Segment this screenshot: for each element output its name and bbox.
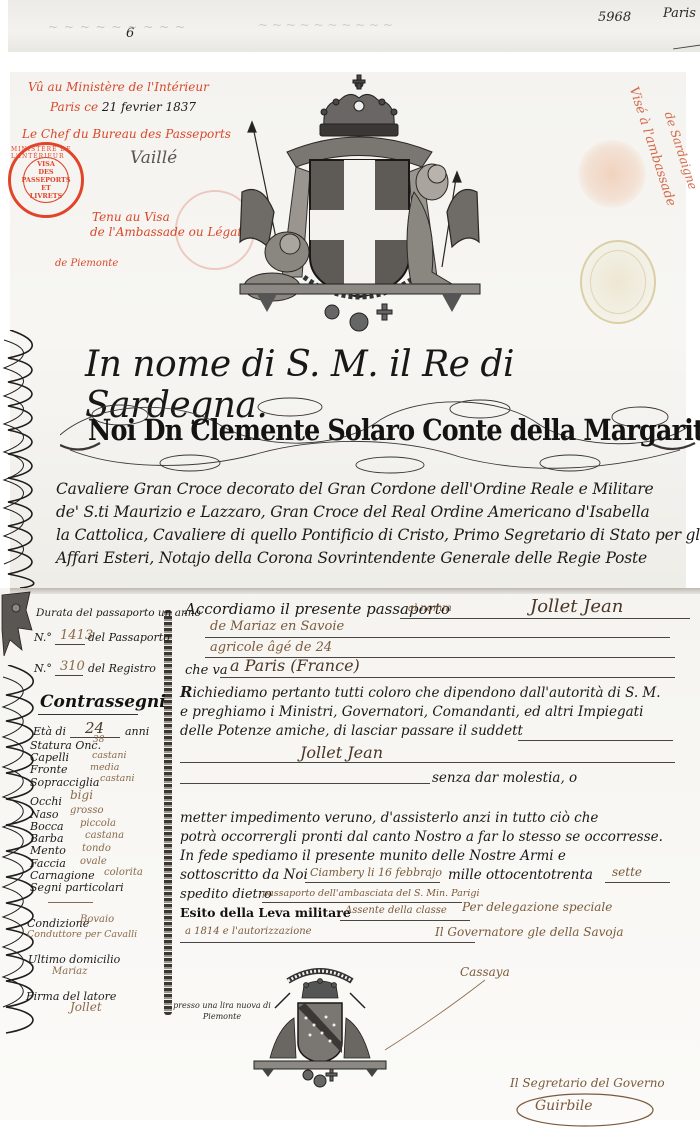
destination-label: che va (185, 663, 228, 678)
title-line: de' S.ti Maurizio e Lazzaro, Gran Croce … (56, 501, 656, 524)
spedito-fill: passaporto dell'ambasciata del S. Min. P… (262, 888, 480, 899)
title-line: la Cattolica, Cavaliere di quello Pontif… (56, 524, 656, 547)
passport-number-label: del Passaporto (88, 631, 170, 644)
bleed-through-text: ~ ~ ~ ~ ~ ~ ~ ~ ~ (48, 20, 186, 34)
eyes-label: Occhi (30, 795, 62, 808)
richiediamo-word: R (180, 683, 192, 701)
issuer-name: Noi Dn Clemente Solaro Conte della Marga… (88, 413, 700, 447)
corner-stroke (673, 44, 700, 50)
spedito-label: spedito dietro (180, 887, 272, 902)
forehead-label: Fronte (30, 763, 68, 776)
occupation-fill: agricole âgé de 24 (210, 640, 332, 655)
military-service-fill: Assente della classe (345, 905, 447, 916)
signature-flourish (380, 975, 490, 1055)
domicile-value: Mariaz (52, 966, 87, 977)
passport-number-prefix: N.° (34, 631, 52, 644)
face-value: ovale (80, 856, 107, 867)
fill-line (400, 618, 690, 619)
folded-back-strip: ~ ~ ~ ~ ~ ~ ~ ~ ~ ~ ~ ~ ~ ~ ~ ~ ~ ~ ~ 6 … (8, 0, 700, 52)
fill-line (605, 882, 670, 883)
fill-line (55, 675, 83, 676)
title-rule (38, 714, 138, 715)
fill-line (55, 644, 85, 645)
bearer-signature: Jollet (70, 1000, 102, 1014)
senza-text: senza dar molestia, o (432, 770, 577, 786)
flourish-stroke (48, 902, 93, 903)
mouth-value: piccola (80, 818, 116, 829)
register-number-prefix: N.° (34, 662, 52, 675)
complexion-value: colorita (104, 867, 143, 878)
visa-ministry-line: Vû au Ministère de l'Intérieur (28, 80, 209, 94)
fill-line (180, 783, 430, 784)
hair-value: castani (92, 750, 127, 761)
title-line: Cavaliere Gran Croce decorato del Gran C… (56, 478, 656, 501)
military-service-label: Esito della Leva militare (180, 905, 351, 920)
calligraphic-border (0, 330, 44, 588)
solaro-coat-of-arms (250, 963, 390, 1095)
visa-stamp: MINISTÈRE DE L'INTÉRIEUR VISA DES PASSEP… (8, 142, 84, 218)
fill-line (180, 942, 475, 943)
coat-of-arms-icon (232, 72, 487, 334)
mettere-line1: metter impedimento veruno, d'assisterlo … (180, 810, 598, 826)
register-number-label: del Registro (88, 662, 156, 675)
request-line3: delle Potenze amiche, di lasciar passare… (180, 723, 523, 739)
visa-place: Paris ce (50, 100, 98, 114)
chain-divider (164, 610, 172, 1015)
bearer-name: Jollet Jean (530, 596, 623, 617)
chin-value: tondo (82, 843, 111, 854)
description-title: Contrassegni (40, 692, 166, 712)
age-suffix: anni (125, 725, 149, 738)
corner-note: Paris (663, 6, 696, 21)
beard-value: castana (85, 830, 124, 841)
fede-line1: In fede spediamo il presente munito dell… (180, 848, 566, 864)
visa-date-line: Paris ce 21 fevrier 1837 (50, 100, 196, 114)
condition-value-2: Conduttore per Cavalli (27, 929, 137, 940)
fill-line (220, 677, 675, 678)
issuer-titles: Cavaliere Gran Croce decorato del Gran C… (56, 478, 656, 570)
issue-year-fill: sette (612, 865, 642, 879)
height-value: 38 (93, 735, 104, 745)
issue-year-text: mille ottocentotrenta (448, 867, 593, 883)
secretary-title: Il Segretario del Governo (510, 1076, 665, 1090)
eyebrows-value: castani (100, 773, 135, 784)
visa-note-line3: de Piemonte (55, 258, 118, 269)
fill-line (180, 762, 675, 763)
paper-fold (10, 588, 700, 594)
issuer-banner: Noi Dn Clemente Solaro Conte della Marga… (60, 395, 700, 475)
request-line2: e preghiamo i Ministri, Governatori, Com… (180, 704, 643, 720)
duration-label: Durata del passaporto un anno (36, 607, 201, 619)
register-number-value: 310 (60, 659, 85, 674)
bleed-through-text: ~ ~ ~ ~ ~ ~ ~ ~ ~ ~ (258, 18, 393, 32)
origin-fill: de Mariaz en Savoie (210, 619, 344, 634)
mettere-line2: potrà occorrergli pronti dal canto Nostr… (180, 829, 663, 845)
age-label: Età di (33, 725, 66, 738)
accordiamo-fill: al nomm (408, 603, 452, 614)
fill-line (262, 902, 462, 903)
eagle-ornament (0, 590, 34, 668)
flourish-icon (0, 330, 44, 588)
delegation-note: Per delegazione speciale (462, 900, 612, 914)
bearer-name-repeat: Jollet Jean (300, 743, 383, 762)
embossed-gold-seal (580, 240, 656, 324)
folio-number: 6 (126, 26, 134, 41)
visa-signature: Vaillé (130, 148, 177, 168)
title-line: Affari Esteri, Notajo della Corona Sovri… (56, 547, 656, 570)
fill-line (340, 920, 470, 921)
visa-stamp-inner: VISA DES PASSEPORTS ET LIVRETS (21, 160, 70, 200)
visa-stamp-ring: MINISTÈRE DE L'INTÉRIEUR (11, 146, 81, 160)
military-service-fill-2: a 1814 e l'autorizzazione (185, 926, 312, 937)
issue-place-date: Ciambery li 16 febbrajo (310, 866, 442, 879)
fill-line (205, 637, 670, 638)
eyes-value: bigi (70, 788, 93, 802)
fill-line (518, 740, 673, 741)
request-line1: RRichiediamo pertanto tutti coloro che d… (180, 683, 661, 701)
domicile-label: Ultimo domicilio (28, 953, 120, 966)
orange-seal (578, 140, 646, 208)
fede-line2-label: sottoscritto da Noi (180, 867, 308, 883)
fill-line (305, 882, 440, 883)
request-text: ichiediamo pertanto tutti coloro che dip… (192, 685, 660, 701)
signature-paraph (510, 1090, 660, 1135)
savoy-coat-of-arms (232, 72, 487, 334)
coat-of-arms-icon (250, 963, 390, 1095)
marks-label: Segni particolari (30, 881, 124, 894)
governor-title: Il Governatore gle della Savoja (435, 925, 624, 939)
nose-value: grosso (70, 805, 104, 816)
chin-label: Mento (30, 844, 66, 857)
forehead-value: media (90, 762, 119, 773)
visa-bureau-line: Le Chef du Bureau des Passeports (22, 127, 231, 141)
visa-note-line1: Tenu au Visa (92, 210, 170, 224)
visa-date: 21 fevrier 1837 (102, 100, 196, 114)
condition-value: Bovaio (80, 914, 114, 925)
destination-fill: a Paris (France) (230, 656, 360, 675)
eagle-icon (0, 590, 34, 668)
archive-number: 5968 (598, 10, 631, 25)
